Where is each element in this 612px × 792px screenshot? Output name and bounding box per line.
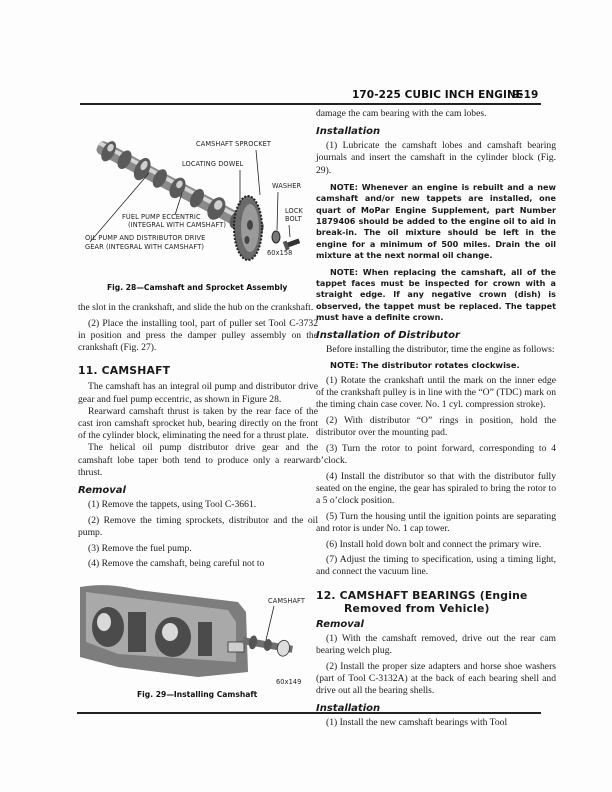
paragraph: The camshaft has an integral oil pump an… [78, 381, 318, 405]
label-bolt: BOLT [285, 215, 302, 223]
distributor-step: (7) Adjust the timing to specification, … [316, 554, 556, 578]
label-oil-pump-drive: OIL PUMP AND DISTRIBUTOR DRIVE [85, 234, 205, 242]
page-number: 9-19 [512, 89, 538, 101]
figure-29-caption: Fig. 29—Installing Camshaft [137, 690, 257, 699]
paragraph: Rearward camshaft thrust is taken by the… [78, 406, 318, 443]
install-step: (1) Lubricate the camshaft lobes and cam… [316, 140, 556, 177]
section-11-heading: 11. CAMSHAFT [78, 364, 318, 377]
distributor-step: (5) Turn the housing until the ignition … [316, 511, 556, 535]
distributor-step: (2) With distributor “O” rings in positi… [316, 415, 556, 439]
removal-step: (1) Remove the tappets, using Tool C-366… [78, 499, 318, 511]
figure-28: CAMSHAFT SPROCKET LOCATING DOWEL WASHER … [80, 125, 315, 265]
figure-28-caption: Fig. 28—Camshaft and Sprocket Assembly [107, 283, 287, 292]
section-12-heading: 12. CAMSHAFT BEARINGS (Engine Removed fr… [316, 589, 556, 615]
label-oil-pump-gear: GEAR (INTEGRAL WITH CAMSHAFT) [85, 243, 204, 251]
header-rule [80, 103, 541, 105]
section-12-title-line1: 12. CAMSHAFT BEARINGS (Engine [316, 589, 528, 602]
label-camshaft: CAMSHAFT [268, 597, 305, 605]
removal-step: (1) With the camshaft removed, drive out… [316, 633, 556, 657]
label-locating-dowel: LOCATING DOWEL [182, 160, 243, 168]
removal-step: (3) Remove the fuel pump. [78, 543, 318, 555]
left-column: the slot in the crankshaft, and slide th… [78, 302, 318, 574]
paragraph: the slot in the crankshaft, and slide th… [78, 302, 318, 314]
figure-29: CAMSHAFT 60x149 [78, 582, 313, 687]
distributor-step: (1) Rotate the crankshaft until the mark… [316, 375, 556, 412]
distributor-step: (4) Install the distributor so that with… [316, 471, 556, 508]
figure-ref-number: 60x149 [276, 678, 301, 686]
label-lock: LOCK [285, 207, 303, 215]
removal-step: (2) Remove the timing sprockets, distrib… [78, 515, 318, 539]
note-tappet-crown: NOTE: When replacing the camshaft, all o… [316, 267, 556, 324]
install-step: (1) Install the new camshaft bearings wi… [316, 717, 556, 729]
note-distributor-rotation: NOTE: The distributor rotates clockwise. [316, 359, 556, 371]
removal-heading: Removal [316, 619, 556, 631]
right-column: damage the cam bearing with the cam lobe… [316, 108, 556, 733]
distributor-step: (6) Install hold down bolt and connect t… [316, 539, 556, 551]
removal-step: (4) Remove the camshaft, being careful n… [78, 558, 318, 570]
footer-rule [77, 712, 541, 714]
removal-heading: Removal [78, 485, 318, 497]
label-fuel-pump-integral: (INTEGRAL WITH CAMSHAFT) [128, 221, 226, 229]
paragraph: The helical oil pump distributor drive g… [78, 442, 318, 479]
label-washer: WASHER [272, 182, 301, 190]
label-camshaft-sprocket: CAMSHAFT SPROCKET [196, 140, 271, 148]
note-mopar-supplement: NOTE: Whenever an engine is rebuilt and … [316, 182, 556, 262]
installation-of-distributor-heading: Installation of Distributor [316, 330, 556, 342]
distributor-step: (3) Turn the rotor to point forward, cor… [316, 443, 556, 467]
paragraph: (2) Place the installing tool, part of p… [78, 318, 318, 355]
running-header-title: 170-225 CUBIC INCH ENGINE [352, 89, 523, 101]
paragraph: damage the cam bearing with the cam lobe… [316, 108, 556, 120]
paragraph: Before installing the distributor, time … [316, 344, 556, 356]
installation-heading: Installation [316, 126, 556, 138]
figure-ref-number: 60x158 [267, 249, 292, 257]
label-fuel-pump-eccentric: FUEL PUMP ECCENTRIC [122, 213, 201, 221]
section-12-title-line2: Removed from Vehicle) [316, 602, 556, 615]
removal-step: (2) Install the proper size adapters and… [316, 661, 556, 698]
